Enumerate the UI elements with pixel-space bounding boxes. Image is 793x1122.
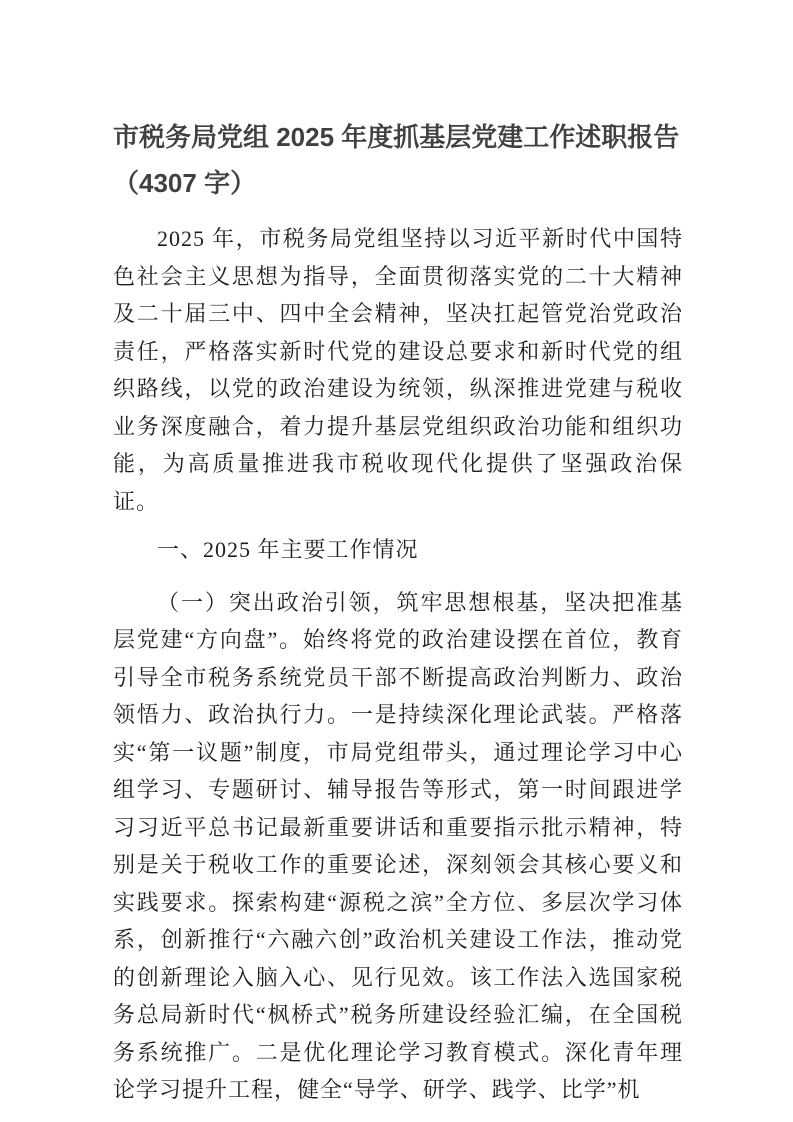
document-page: 市税务局党组 2025 年度抓基层党建工作述职报告（4307 字） 2025 年… bbox=[0, 0, 793, 1122]
intro-paragraph: 2025 年，市税务局党组坚持以习近平新时代中国特色社会主义思想为指导，全面贯彻… bbox=[113, 220, 683, 520]
document-title: 市税务局党组 2025 年度抓基层党建工作述职报告（4307 字） bbox=[113, 114, 683, 206]
section-1-heading: 一、2025 年主要工作情况 bbox=[113, 531, 683, 569]
section-1-paragraph: （一）突出政治引领，筑牢思想根基，坚决把准基层党建“方向盘”。始终将党的政治建设… bbox=[113, 584, 683, 1109]
